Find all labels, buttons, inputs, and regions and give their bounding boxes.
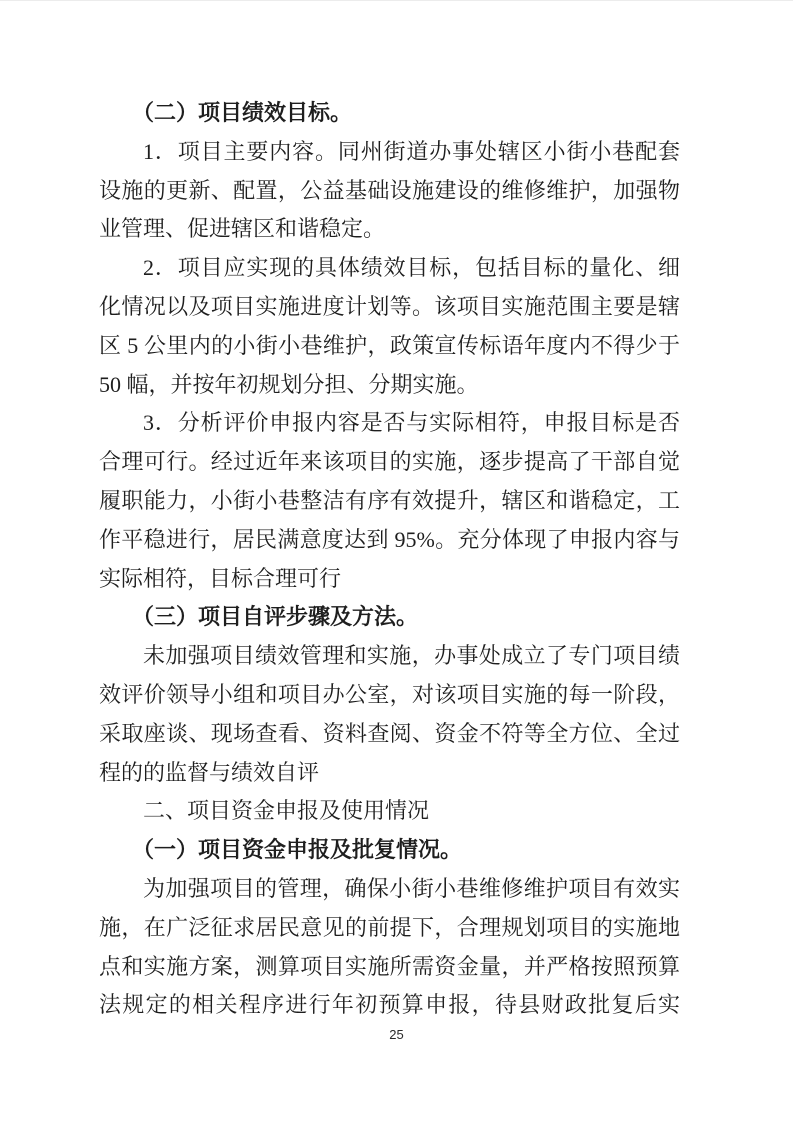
paragraph-project-main-content: 1．项目主要内容。同州街道办事处辖区小街小巷配套设施的更新、配置，公益基础设施建… [99, 133, 680, 249]
section-heading-self-evaluation-steps: （三）项目自评步骤及方法。 [99, 598, 680, 637]
section-heading-fund-declaration-approval: （一）项目资金申报及批复情况。 [99, 831, 680, 870]
document-body: （二）项目绩效目标。 1．项目主要内容。同州街道办事处辖区小街小巷配套设施的更新… [99, 94, 680, 1025]
paragraph-declaration-analysis: 3．分析评价申报内容是否与实际相符，申报目标是否合理可行。经过近年来该项目的实施… [99, 404, 680, 598]
document-page: （二）项目绩效目标。 1．项目主要内容。同州街道办事处辖区小街小巷配套设施的更新… [0, 0, 793, 1122]
section-heading-project-performance-goals: （二）项目绩效目标。 [99, 94, 680, 133]
paragraph-fund-management: 为加强项目的管理，确保小街小巷维修维护项目有效实施，在广泛征求居民意见的前提下，… [99, 870, 680, 1025]
paragraph-specific-performance-goals: 2．项目应实现的具体绩效目标，包括目标的量化、细化情况以及项目实施进度计划等。该… [99, 249, 680, 404]
section-line-fund-declaration-usage: 二、项目资金申报及使用情况 [99, 792, 680, 831]
page-number: 25 [0, 1026, 793, 1044]
paragraph-self-evaluation-process: 未加强项目绩效管理和实施，办事处成立了专门项目绩效评价领导小组和项目办公室，对该… [99, 637, 680, 792]
